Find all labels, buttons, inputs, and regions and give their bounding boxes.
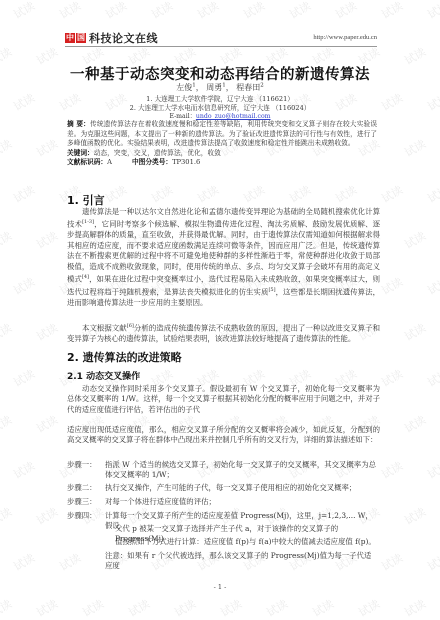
doc-code-label: 文献标识码：	[67, 158, 107, 166]
author-name: 周勇	[206, 83, 222, 92]
email-label: E-mail：	[169, 113, 195, 120]
logo-mark-guo: 国	[76, 33, 86, 43]
intro-paragraph-1: 遗传算法是一种以达尔文自然进化论和孟德尔遗传变异理论为基础的全局随机搜索优化计算…	[67, 207, 380, 308]
email-link[interactable]: undo_zuo@hotmail.com	[196, 113, 271, 120]
email-line: E-mail：undo_zuo@hotmail.com	[0, 111, 440, 120]
section-heading-improvement: 2. 遗传算法的改进策略	[67, 349, 182, 365]
crossover-paragraph-2: 适应度出现低适应度值，那么，相应交叉算子所分配的交叉概率将会减少，如此反复，分配…	[67, 425, 380, 446]
logo-mark-zhong: 中	[65, 33, 75, 43]
keywords-label: 关键词：	[67, 149, 94, 157]
paper-title: 一种基于动态突变和动态再结合的新遗传算法	[0, 63, 440, 84]
citation-link[interactable]: [6]	[127, 323, 134, 329]
author-list: 左俊1， 周勇1， 程春田2	[0, 82, 440, 93]
author-separator: ，	[226, 83, 234, 92]
text-run: 本文根据文献	[82, 323, 127, 332]
step-label: 步骤三：	[67, 497, 105, 507]
algorithm-step-3: 步骤三：对每一个体进行适应度值的评估；	[67, 497, 380, 507]
page-header: 中 国 科技论文在线 http://www.paper.edu.cn	[65, 32, 377, 47]
subsection-heading-dynamic-crossover: 2.1 动态交叉操作	[67, 369, 140, 382]
citation-link[interactable]: [1-3]	[82, 219, 94, 225]
author-name: 程春田	[236, 83, 260, 92]
abstract-text: 传统遗传算法存在着收敛速度慢和稳定性差等缺陷，利用传统突变和交叉算子则存在较大实…	[67, 120, 377, 147]
abstract-block: 摘 要：传统遗传算法存在着收敛速度慢和稳定性差等缺陷，利用传统突变和交叉算子则存…	[67, 120, 377, 168]
algorithm-step-2: 步骤二：执行交叉操作，产生可能的子代，每一交叉算子使用相应的初始化交叉概率；	[67, 483, 380, 493]
author-name: 左俊	[176, 83, 192, 92]
step-body: 指派 W 个适当的候选交叉算子，初始化每一交叉算子的交叉概率，其交叉概率为总体交…	[105, 460, 377, 481]
step-label: 步骤一：	[67, 460, 105, 470]
step-label: 步骤四：	[67, 511, 105, 521]
algorithm-step-1: 步骤一：指派 W 个适当的候选交叉算子，初始化每一交叉算子的交叉概率，其交叉概率…	[67, 460, 380, 481]
intro-paragraph-2: 本文根据文献[6]分析的造成传统遗传算法不成熟收敛的原因，提出了一种以改进交叉算…	[67, 321, 380, 344]
clc-label: 中图分类号：	[132, 158, 172, 166]
citation-link[interactable]: [4]	[82, 274, 89, 280]
doc-code-value: A	[107, 158, 112, 166]
citation-link[interactable]: [5]	[268, 287, 275, 293]
step-body: 对每一个体进行适应度值的评估；	[105, 497, 377, 507]
abstract: 摘 要：传统遗传算法存在着收敛速度慢和稳定性差等缺陷，利用传统突变和交叉算子则存…	[67, 120, 377, 149]
step-4-note: 注意：如果有 r 个父代被选择，那么该交叉算子的 Progress(Mj)值为每…	[105, 551, 373, 572]
crossover-paragraph-1: 动态交叉操作同时采用多个交叉算子。假设最初有 W 个交叉算子，初始化每一交叉概率…	[67, 384, 380, 415]
clc-value: TP301.6	[172, 158, 200, 166]
page-number: - 1 -	[0, 583, 440, 591]
step-body: 执行交叉操作，产生可能的子代，每一交叉算子使用相应的初始化交叉概率；	[105, 483, 377, 493]
step-label: 步骤二：	[67, 483, 105, 493]
author-separator: ，	[196, 83, 204, 92]
author-affil-marker: 2	[260, 82, 264, 88]
paper-page: 中 国 科技论文在线 http://www.paper.edu.cn 一种基于动…	[0, 0, 440, 620]
logo-text: 科技论文在线	[89, 30, 158, 46]
keywords-text: 动态，突变，交叉，遗传算法，优化，收敛	[94, 149, 221, 157]
classification-line: 文献标识码：A中图分类号：TP301.6	[67, 158, 377, 168]
step-4-continuation-2: 值按照如下方式进行计算：适应度值 f(p)与 f(a)中较大的值减去适应度值 f…	[115, 537, 383, 547]
section-heading-introduction: 1. 引言	[67, 192, 105, 208]
site-logo[interactable]: 中 国 科技论文在线	[65, 30, 158, 46]
keywords-line: 关键词：动态，突变，交叉，遗传算法，优化，收敛	[67, 149, 377, 159]
abstract-label: 摘 要：	[67, 120, 90, 128]
header-url-link[interactable]: http://www.paper.edu.cn	[313, 34, 377, 41]
